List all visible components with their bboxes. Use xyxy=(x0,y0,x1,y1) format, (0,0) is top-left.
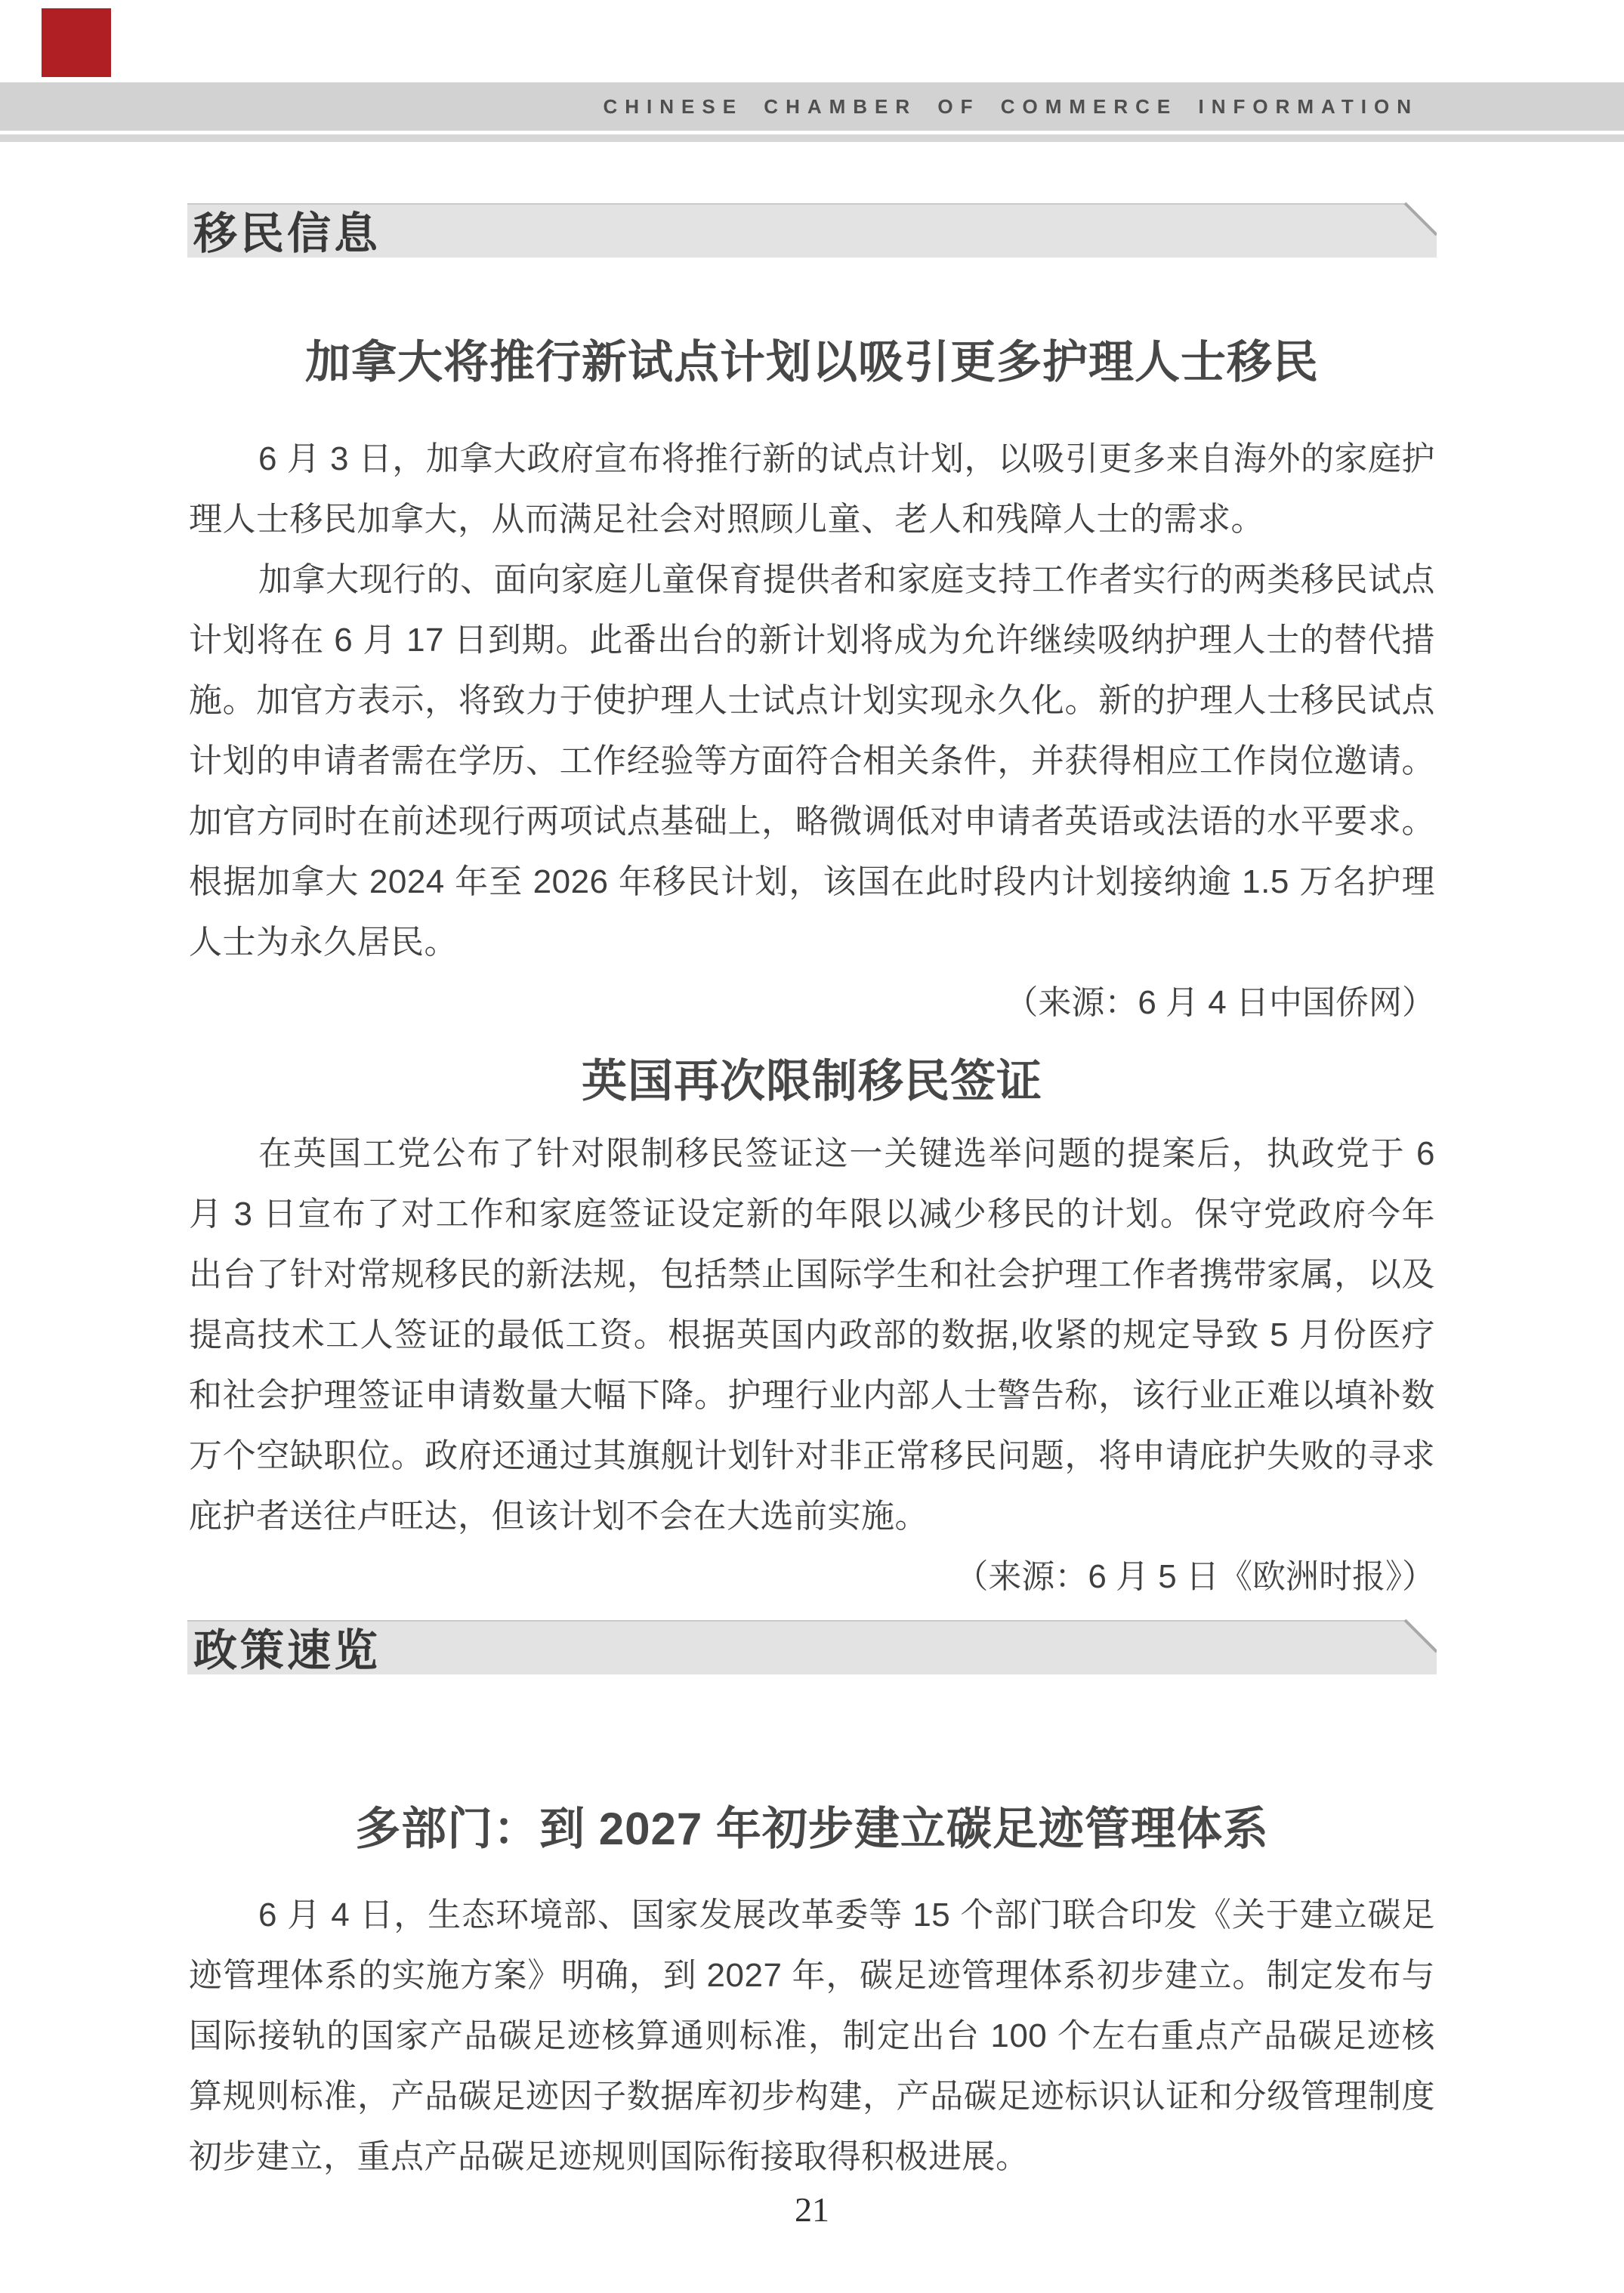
paragraph: 6 月 3 日，加拿大政府宣布将推行新的试点计划，以吸引更多来自海外的家庭护理人… xyxy=(189,429,1435,550)
corner-accent-square xyxy=(42,8,111,77)
article-body-carbon-footprint: 6 月 4 日，生态环境部、国家发展改革委等 15 个部门联合印发《关于建立碳足… xyxy=(189,1885,1435,2187)
article-body-uk-visa: 在英国工党公布了针对限制移民签证这一关键选举问题的提案后，执政党于 6 月 3 … xyxy=(189,1124,1435,1607)
header-banner-text: CHINESE CHAMBER OF COMMERCE INFORMATION xyxy=(603,95,1419,119)
paragraph: 在英国工党公布了针对限制移民签证这一关键选举问题的提案后，执政党于 6 月 3 … xyxy=(189,1124,1435,1547)
section-label: 移民信息 xyxy=(193,202,381,258)
section-header-immigration: 移民信息 xyxy=(187,202,1437,258)
source-attribution: （来源：6 月 5 日《欧洲时报》） xyxy=(189,1547,1435,1607)
source-attribution: （来源：6 月 4 日中国侨网） xyxy=(189,973,1435,1033)
section-header-policy: 政策速览 xyxy=(187,1619,1437,1674)
paragraph: 加拿大现行的、面向家庭儿童保育提供者和家庭支持工作者实行的两类移民试点计划将在 … xyxy=(189,550,1435,973)
page-number: 21 xyxy=(0,2189,1624,2231)
paragraph: 6 月 4 日，生态环境部、国家发展改革委等 15 个部门联合印发《关于建立碳足… xyxy=(189,1885,1435,2187)
article-title-carbon-footprint: 多部门：到 2027 年初步建立碳足迹管理体系 xyxy=(189,1798,1435,1861)
header-banner: CHINESE CHAMBER OF COMMERCE INFORMATION xyxy=(0,82,1624,131)
article-body-canada-caregivers: 6 月 3 日，加拿大政府宣布将推行新的试点计划，以吸引更多来自海外的家庭护理人… xyxy=(189,429,1435,1033)
article-title-canada-caregivers: 加拿大将推行新试点计划以吸引更多护理人士移民 xyxy=(189,331,1435,394)
header-rule xyxy=(0,134,1624,142)
section-label: 政策速览 xyxy=(193,1619,381,1674)
article-title-uk-visa: 英国再次限制移民签证 xyxy=(189,1050,1435,1113)
